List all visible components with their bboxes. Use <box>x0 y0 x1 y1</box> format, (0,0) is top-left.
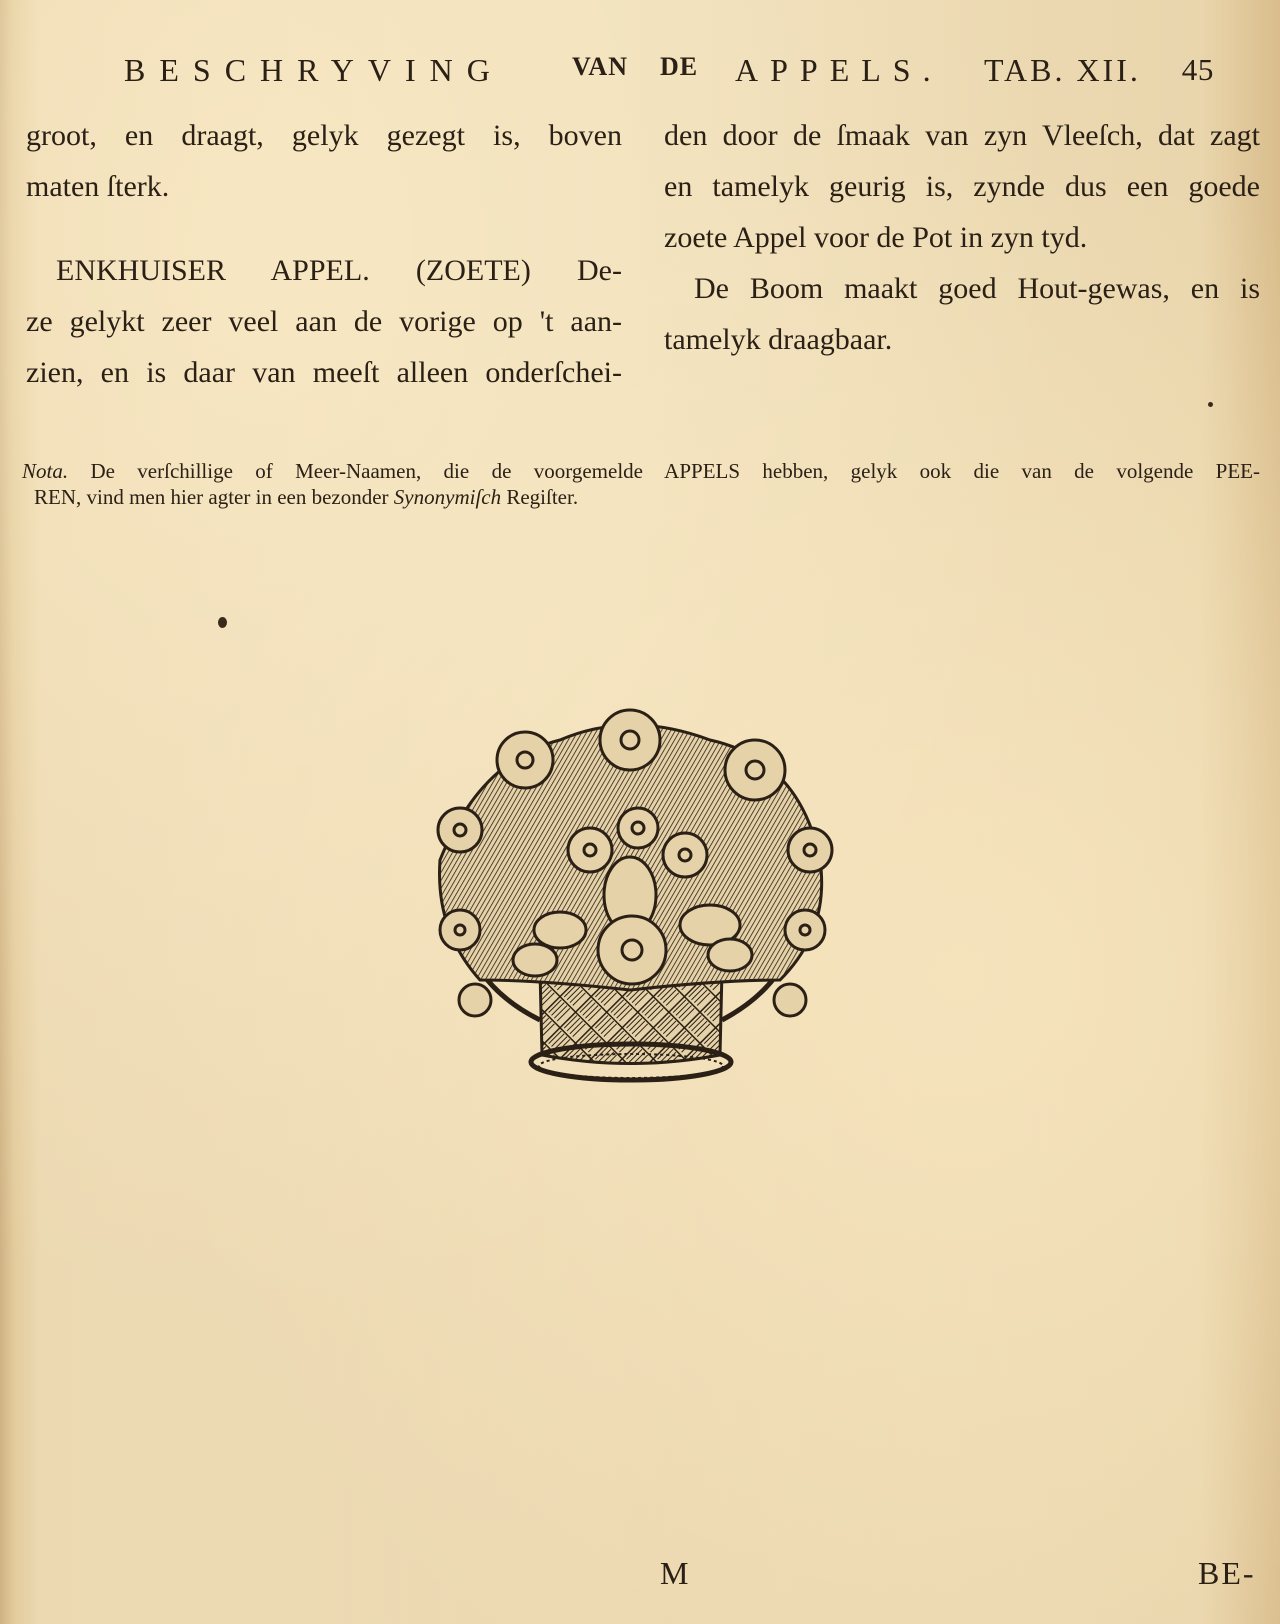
text-line: groot, en draagt, gelyk gezegt is, boven <box>26 110 622 161</box>
text-line: tamelyk draagbaar. <box>664 314 1260 365</box>
entry-heading-line: ENKHUISER APPEL. (ZOETE) De- <box>26 245 622 296</box>
footnote: Nota. De verſchillige of Meer-Naamen, di… <box>22 458 1260 510</box>
text-line: ze gelykt zeer veel aan de vorige op 't … <box>26 296 622 347</box>
running-head-appels: APPELS. <box>735 52 943 89</box>
catchword: BE- <box>1198 1555 1256 1592</box>
text-line: De Boom maakt goed Hout-gewas, en is <box>664 263 1260 314</box>
text-line: en tamelyk geurig is, zynde dus een goed… <box>664 161 1260 212</box>
footnote-text: REN, vind men hier agter in een bezonder <box>34 485 394 509</box>
footnote-text: Regiſter. <box>501 485 578 509</box>
left-column: groot, en draagt, gelyk gezegt is, boven… <box>26 110 622 398</box>
text-line: zoete Appel voor de Pot in zyn tyd. <box>664 212 1260 263</box>
footnote-label: Nota. <box>22 459 68 483</box>
ink-spot <box>1208 402 1213 407</box>
book-page: BESCHRYVING VAN DE APPELS. TAB. XII. 45 … <box>0 0 1280 1624</box>
running-head-van: VAN <box>572 52 628 82</box>
flower-basket-ornament-icon <box>420 700 840 1120</box>
right-column: den door de ſmaak van zyn Vleeſch, dat z… <box>664 110 1260 365</box>
footnote-italic: Synonymiſch <box>394 485 501 509</box>
ink-spot <box>218 617 227 628</box>
footnote-text: De verſchillige of Meer-Naamen, die de v… <box>90 459 1260 483</box>
signature-mark: M <box>660 1555 688 1592</box>
footnote-line: REN, vind men hier agter in een bezonder… <box>22 484 1260 510</box>
text-line: maten ſterk. <box>26 161 622 212</box>
text-line: den door de ſmaak van zyn Vleeſch, dat z… <box>664 110 1260 161</box>
running-head-title: BESCHRYVING <box>124 52 504 89</box>
running-head-plate: TAB. XII. <box>984 52 1141 89</box>
footnote-line: Nota. De verſchillige of Meer-Naamen, di… <box>22 458 1260 484</box>
running-head: BESCHRYVING VAN DE APPELS. TAB. XII. 45 <box>120 52 1240 92</box>
running-head-de: DE <box>660 52 698 82</box>
text-line: zien, en is daar van meeſt alleen onderſ… <box>26 347 622 398</box>
page-number: 45 <box>1182 52 1214 88</box>
